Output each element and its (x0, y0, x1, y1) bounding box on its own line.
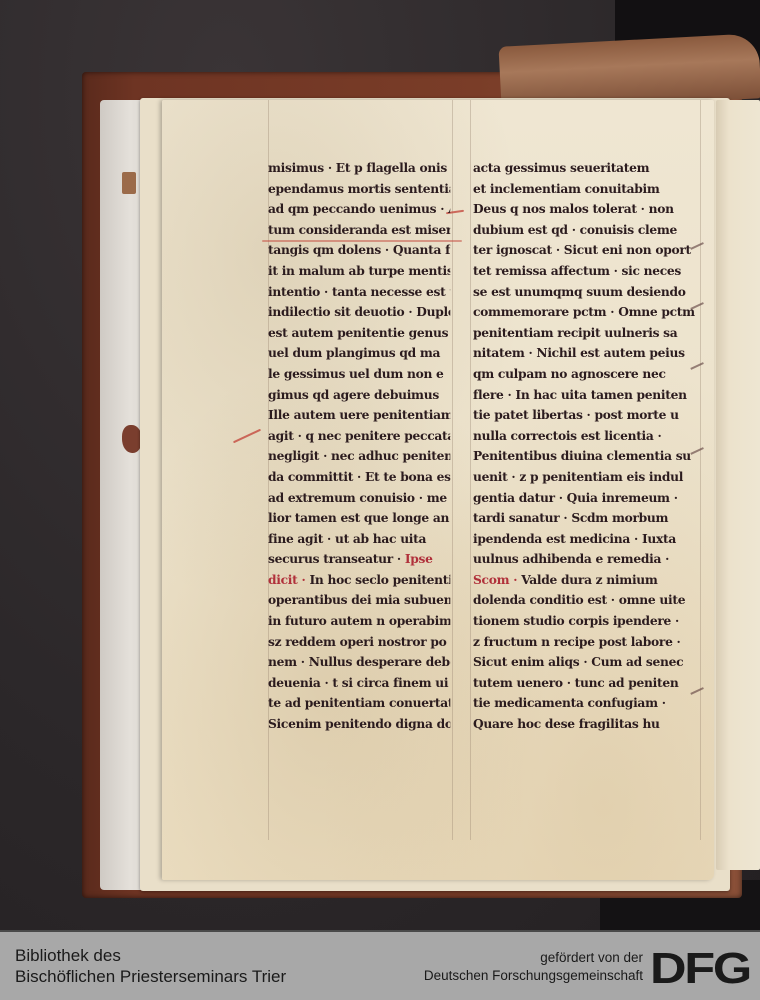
text-line: lior tamen est que longe an (268, 508, 450, 529)
red-margin-stroke (233, 429, 261, 443)
manuscript-page: misimus · Et p flagella onis ependamus m… (162, 100, 714, 880)
text-line: le gessimus uel dum non e (268, 364, 450, 385)
library-name-line2: Bischöflichen Priesterseminars Trier (15, 966, 286, 987)
text-line: ad qm peccando uenimus · Ad (268, 199, 450, 220)
text-line: se est unumqmq suum desiendo (473, 282, 696, 303)
text-line: nem · Nullus desperare debet (268, 652, 450, 673)
line-text: Valde dura z nimium (521, 572, 657, 587)
text-line: acta gessimus seueritatem (473, 158, 696, 179)
text-line: tie patet libertas · post morte u (473, 405, 696, 426)
ruling-line (470, 100, 471, 840)
text-line: tardi sanatur · Scdm morbum (473, 508, 696, 529)
facing-page-edge (716, 100, 760, 870)
text-line: Deus q nos malos tolerat · non (473, 199, 696, 220)
text-line: Sicenim penitendo digna do (268, 714, 450, 735)
library-name-line1: Bibliothek des (15, 945, 286, 966)
text-line: nulla correctois est licentia · (473, 426, 696, 447)
text-line: securus transeatur · Ipse (268, 549, 450, 570)
text-line: nitatem · Nichil est autem peius (473, 343, 696, 364)
library-name: Bibliothek des Bischöflichen Priestersem… (15, 945, 286, 987)
text-line: ependamus mortis sententia (268, 179, 450, 200)
dfg-logo-icon: DFG (650, 949, 750, 989)
funder-line1: gefördert von der (424, 949, 643, 967)
line-text: securus transeatur · (268, 551, 401, 566)
funder-line2: Deutschen Forschungsgemeinschaft (424, 967, 643, 985)
text-line: et inclementiam conuitabim (473, 179, 696, 200)
text-line: qm culpam no agnoscere nec (473, 364, 696, 385)
text-line: est autem penitentie genus · (268, 323, 450, 344)
text-line: dicit · In hoc seclo penitentiam (268, 570, 450, 591)
text-line: commemorare pctm · Omne pctm p (473, 302, 696, 323)
text-line: negligit · nec adhuc peniten (268, 446, 450, 467)
rubric-text: Scom · (473, 572, 517, 587)
rubric-text: dicit · (268, 572, 305, 587)
text-line: da committit · Et te bona est (268, 467, 450, 488)
text-line: tangis qm dolens · Quanta fu (268, 240, 450, 261)
text-line: in futuro autem n operabimur (268, 611, 450, 632)
text-line: penitentiam recipit uulneris sa (473, 323, 696, 344)
text-line: z fructum n recipe post labore · (473, 632, 696, 653)
text-line: sz reddem operi nostror po (268, 632, 450, 653)
text-line: gimus qd agere debuimus (268, 385, 450, 406)
text-line: uenit · z p penitentiam eis indul (473, 467, 696, 488)
text-line: operantibus dei mia subuenit (268, 590, 450, 611)
text-line: fine agit · ut ab hac uita (268, 529, 450, 550)
text-line: ipendenda est medicina · Iuxta (473, 529, 696, 550)
right-text-column: acta gessimus seueritatem et inclementia… (473, 158, 701, 735)
text-line: dolenda conditio est · omne uite (473, 590, 696, 611)
text-line: ter ignoscat · Sicut eni non oport (473, 240, 696, 261)
text-line: ad extremum conuisio · me (268, 488, 450, 509)
text-line: Penitentibus diuina clementia su (473, 446, 696, 467)
text-line: te ad penitentiam conuertatur (268, 693, 450, 714)
text-line: Quare hoc dese fragilitas hu (473, 714, 696, 735)
text-line: uulnus adhibenda e remedia · (473, 549, 696, 570)
text-line: Scom · Valde dura z nimium (473, 570, 696, 591)
text-line: uel dum plangimus qd ma (268, 343, 450, 364)
left-text-column: misimus · Et p flagella onis ependamus m… (268, 158, 454, 735)
line-text: In hoc seclo penitentiam (309, 572, 450, 587)
funder-credit: gefördert von der Deutschen Forschungsge… (424, 949, 643, 985)
footer-banner: Bibliothek des Bischöflichen Priestersem… (0, 930, 760, 1000)
text-line: agit · q nec penitere peccata (268, 426, 450, 447)
text-line: tionem studio corpis ipendere · (473, 611, 696, 632)
text-line: tet remissa affectum · sic neces (473, 261, 696, 282)
text-line: Ille autem uere penitentiam (268, 405, 450, 426)
text-line: gentia datur · Quia inremeum · (473, 488, 696, 509)
text-line: indilectio sit deuotio · Duplex (268, 302, 450, 323)
text-line: misimus · Et p flagella onis (268, 158, 450, 179)
bookmark-tab (122, 172, 136, 194)
text-line: tum consideranda est miseria (268, 220, 450, 241)
text-line: Sicut enim aliqs · Cum ad senec (473, 652, 696, 673)
wax-stain (122, 425, 142, 453)
text-line: it in malum ab turpe mentis (268, 261, 450, 282)
text-line: dubium est qd · conuisis cleme (473, 220, 696, 241)
text-line: tutem uenero · tunc ad peniten (473, 673, 696, 694)
text-line: deuenia · t si circa finem ui (268, 673, 450, 694)
text-line: intentio · tanta necesse est ut (268, 282, 450, 303)
text-line: flere · In hac uita tamen peniten (473, 385, 696, 406)
rubric-text: Ipse (405, 551, 433, 566)
text-line: tie medicamenta confugiam · (473, 693, 696, 714)
